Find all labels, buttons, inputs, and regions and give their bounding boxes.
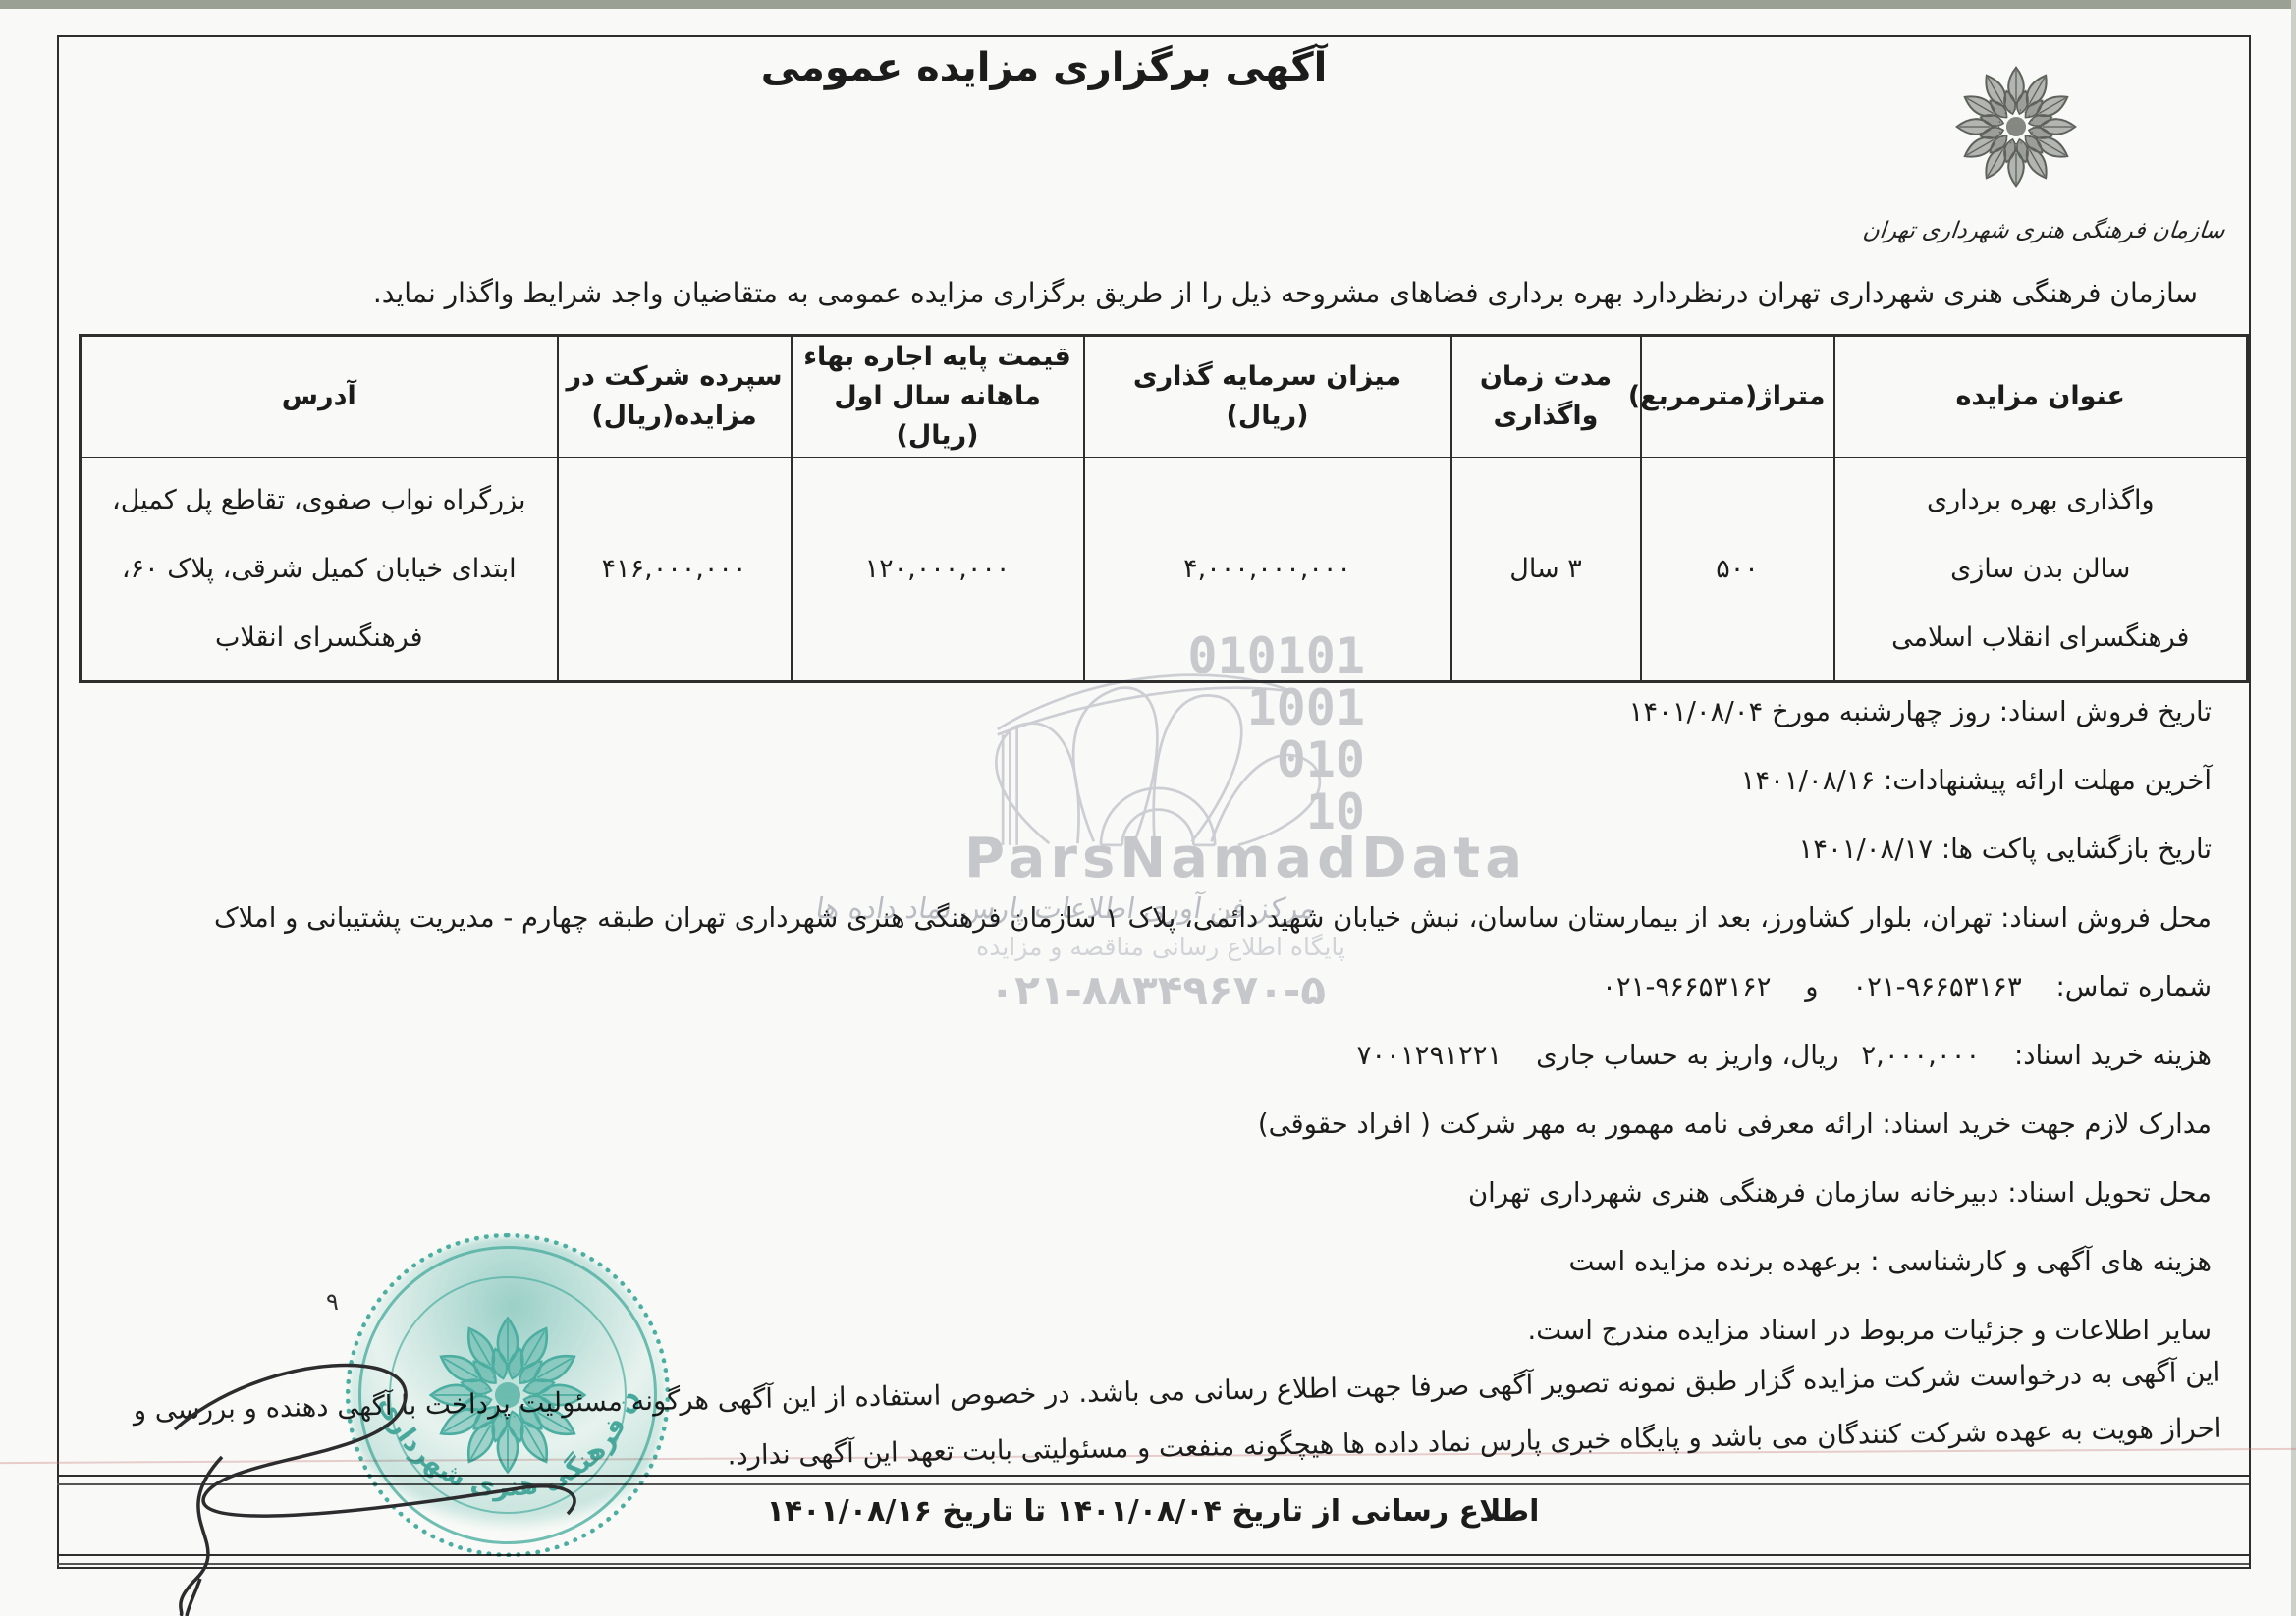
detail-opening-date: تاریخ بازگشایی پاکت ها: ۱۴۰۱/۰۸/۱۷ xyxy=(69,815,2212,884)
col-header-auction-title: عنوان مزایده xyxy=(1834,336,2248,458)
scanned-auction-notice: آگهی برگزاری مزایده عمومی سازمان فرهنگی … xyxy=(0,0,2296,1616)
cost-account-number: ۷۰۰۱۲۹۱۲۲۱ xyxy=(1357,1040,1503,1071)
detail-contact: شماره تماس: ۰۲۱-۹۶۶۵۳۱۶۳ و ۰۲۱-۹۶۶۵۳۱۶۲ xyxy=(69,952,2212,1021)
col-header-deposit: سپرده شرکت در مزایده(ریال) xyxy=(558,336,792,458)
signature-scribble xyxy=(106,1331,735,1616)
table-row: واگذاری بهره برداری سالن بدن سازی فرهنگس… xyxy=(81,458,2248,682)
col-header-address: آدرس xyxy=(81,336,558,458)
handwritten-mark: ۹ xyxy=(326,1288,339,1316)
auction-table: عنوان مزایده متراژ(مترمربع) مدت زمان واگ… xyxy=(79,334,2249,683)
intro-paragraph: سازمان فرهنگی هنری شهرداری تهران درنظردا… xyxy=(59,277,2223,309)
detail-deadline: آخرین مهلت ارائه پیشنهادات: ۱۴۰۱/۰۸/۱۶ xyxy=(69,746,2212,815)
cell-base-rent: ۱۲۰,۰۰۰,۰۰۰ xyxy=(792,458,1084,682)
contact-phone-1: ۰۲۱-۹۶۶۵۳۱۶۳ xyxy=(1852,971,2021,1002)
detail-delivery-place: محل تحویل اسناد: دبیرخانه سازمان فرهنگی … xyxy=(69,1158,2212,1227)
detail-sale-place: محل فروش اسناد: تهران، بلوار کشاورز، بعد… xyxy=(69,884,2212,952)
cell-investment: ۴,۰۰۰,۰۰۰,۰۰۰ xyxy=(1084,458,1451,682)
detail-sale-date: تاریخ فروش اسناد: روز چهارشنبه مورخ ۱۴۰۱… xyxy=(69,677,2212,746)
col-header-duration: مدت زمان واگذاری xyxy=(1451,336,1641,458)
cell-area: ۵۰۰ xyxy=(1641,458,1834,682)
table-header-row: عنوان مزایده متراژ(مترمربع) مدت زمان واگ… xyxy=(81,336,2248,458)
cell-auction-title: واگذاری بهره برداری سالن بدن سازی فرهنگس… xyxy=(1834,458,2248,682)
scan-edge-top xyxy=(0,0,2296,9)
col-header-area: متراژ(مترمربع) xyxy=(1641,336,1834,458)
detail-cost: هزینه خرید اسناد: ۲,۰۰۰,۰۰۰ ریال، واریز … xyxy=(69,1021,2212,1090)
cell-address: بزرگراه نواب صفوی، تقاطع پل کمیل، ابتدای… xyxy=(81,458,558,682)
contact-label: شماره تماس: xyxy=(2055,971,2212,1002)
cell-deposit: ۴۱۶,۰۰۰,۰۰۰ xyxy=(558,458,792,682)
contact-conjunction: و xyxy=(1805,971,1818,1002)
cost-amount: ۲,۰۰۰,۰۰۰ xyxy=(1861,1040,1980,1071)
cost-label: هزینه خرید اسناد: xyxy=(2014,1040,2212,1071)
municipality-flower-logo-icon xyxy=(1950,61,2082,192)
col-header-investment: میزان سرمایه گذاری (ریال) xyxy=(1084,336,1451,458)
col-header-base-rent: قیمت پایه اجاره بهاء ماهانه سال اول (ریا… xyxy=(792,336,1084,458)
cost-text: ریال، واریز به حساب جاری xyxy=(1536,1040,1839,1071)
cell-duration: ۳ سال xyxy=(1451,458,1641,682)
organization-name: سازمان فرهنگی هنری شهرداری تهران xyxy=(1862,218,2227,243)
scan-edge-right xyxy=(2291,0,2296,1616)
page-title: آگهی برگزاری مزایده عمومی xyxy=(57,45,2031,90)
contact-phone-2: ۰۲۱-۹۶۶۵۳۱۶۲ xyxy=(1602,971,1771,1002)
detail-required-docs: مدارک لازم جهت خرید اسناد: ارائه معرفی ن… xyxy=(69,1090,2212,1158)
